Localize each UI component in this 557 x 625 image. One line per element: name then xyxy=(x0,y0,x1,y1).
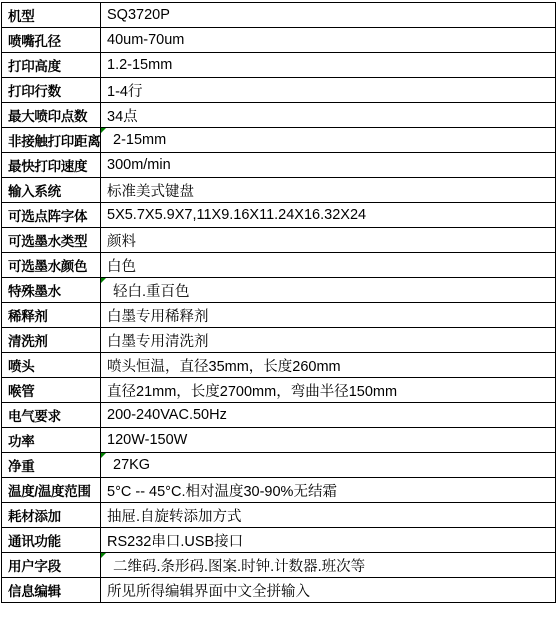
spec-value-cell: 1.2-15mm xyxy=(101,53,556,78)
green-corner-flag-icon xyxy=(101,278,106,283)
spec-value-cell: SQ3720P xyxy=(101,3,556,28)
spec-sheet: 机型 SQ3720P 喷嘴孔径 40um-70um 打印高度 1.2-15mm … xyxy=(0,0,557,625)
spec-label: 信息编辑 xyxy=(8,584,61,599)
spec-label: 清洗剂 xyxy=(8,334,48,349)
spec-label: 可选点阵字体 xyxy=(8,209,87,224)
table-row: 稀释剂 白墨专用稀释剂 xyxy=(2,303,556,328)
table-row: 功率 120W-150W xyxy=(2,428,556,453)
spec-label: 可选墨水颜色 xyxy=(8,259,87,274)
spec-value: RS232串口.USB接口 xyxy=(107,534,243,550)
table-row: 特殊墨水 轻白.重百色 xyxy=(2,278,556,303)
spec-value-cell: 300m/min xyxy=(101,153,556,178)
spec-value: 标准美式键盘 xyxy=(107,184,194,200)
table-row: 电气要求 200-240VAC.50Hz xyxy=(2,403,556,428)
table-row: 打印行数 1-4行 xyxy=(2,78,556,103)
spec-value-cell: 120W-150W xyxy=(101,428,556,453)
spec-label: 净重 xyxy=(8,459,34,474)
spec-label-cell: 输入系统 xyxy=(2,178,101,203)
spec-value: 120W-150W xyxy=(107,432,187,448)
spec-label: 非接触打印距离 xyxy=(8,134,100,149)
spec-value: SQ3720P xyxy=(107,7,170,23)
spec-value-cell: 二维码.条形码.图案.时钟.计数器.班次等 xyxy=(101,553,556,578)
table-row: 通讯功能 RS232串口.USB接口 xyxy=(2,528,556,553)
spec-label-cell: 耗材添加 xyxy=(2,503,101,528)
table-row: 可选墨水类型 颜料 xyxy=(2,228,556,253)
table-row: 打印高度 1.2-15mm xyxy=(2,53,556,78)
spec-value-cell: 5X5.7X5.9X7,11X9.16X11.24X16.32X24 xyxy=(101,203,556,228)
spec-value: 喷头恒温，直径35mm，长度260mm xyxy=(107,359,341,375)
table-row: 耗材添加 抽屉.自旋转添加方式 xyxy=(2,503,556,528)
spec-label-cell: 可选墨水类型 xyxy=(2,228,101,253)
spec-label-cell: 功率 xyxy=(2,428,101,453)
spec-value: 白墨专用清洗剂 xyxy=(107,334,209,350)
spec-label: 电气要求 xyxy=(8,409,61,424)
spec-value-cell: 34点 xyxy=(101,103,556,128)
table-row: 输入系统 标准美式键盘 xyxy=(2,178,556,203)
spec-label: 耗材添加 xyxy=(8,509,61,524)
spec-value: 直径21mm，长度2700mm，弯曲半径150mm xyxy=(107,384,397,400)
spec-value: 二维码.条形码.图案.时钟.计数器.班次等 xyxy=(113,559,365,575)
spec-value-cell: 白墨专用清洗剂 xyxy=(101,328,556,353)
spec-label: 喉管 xyxy=(8,384,34,399)
table-row: 机型 SQ3720P xyxy=(2,3,556,28)
green-corner-flag-icon xyxy=(101,453,106,458)
spec-label-cell: 喉管 xyxy=(2,378,101,403)
green-corner-flag-icon xyxy=(101,128,106,133)
table-row: 信息编辑 所见所得编辑界面中文全拼输入 xyxy=(2,578,556,603)
spec-value-cell: 白墨专用稀释剂 xyxy=(101,303,556,328)
spec-label-cell: 喷嘴孔径 xyxy=(2,28,101,53)
table-row: 喉管 直径21mm，长度2700mm，弯曲半径150mm xyxy=(2,378,556,403)
spec-value-cell: 直径21mm，长度2700mm，弯曲半径150mm xyxy=(101,378,556,403)
spec-value: 轻白.重百色 xyxy=(113,284,190,300)
spec-label-cell: 通讯功能 xyxy=(2,528,101,553)
spec-label-cell: 可选点阵字体 xyxy=(2,203,101,228)
table-row: 非接触打印距离 2-15mm xyxy=(2,128,556,153)
spec-value-cell: 抽屉.自旋转添加方式 xyxy=(101,503,556,528)
spec-value: 200-240VAC.50Hz xyxy=(107,407,227,423)
spec-label: 最大喷印点数 xyxy=(8,109,87,124)
spec-value: 1-4行 xyxy=(107,84,142,100)
table-row: 最大喷印点数 34点 xyxy=(2,103,556,128)
spec-value-cell: 轻白.重百色 xyxy=(101,278,556,303)
spec-label-cell: 非接触打印距离 xyxy=(2,128,101,153)
green-corner-flag-icon xyxy=(101,553,106,558)
table-row: 最快打印速度 300m/min xyxy=(2,153,556,178)
spec-value: 34点 xyxy=(107,109,138,125)
spec-label: 打印行数 xyxy=(8,84,61,99)
spec-label: 打印高度 xyxy=(8,59,61,74)
spec-label: 功率 xyxy=(8,434,34,449)
table-row: 温度/温度范围 5°C -- 45°C.相对温度30-90%无结霜 xyxy=(2,478,556,503)
spec-label-cell: 打印行数 xyxy=(2,78,101,103)
spec-value-cell: 喷头恒温，直径35mm，长度260mm xyxy=(101,353,556,378)
spec-value-cell: 27KG xyxy=(101,453,556,478)
spec-value: 40um-70um xyxy=(107,32,184,48)
spec-label-cell: 最大喷印点数 xyxy=(2,103,101,128)
spec-value-cell: 标准美式键盘 xyxy=(101,178,556,203)
spec-label-cell: 清洗剂 xyxy=(2,328,101,353)
table-row: 清洗剂 白墨专用清洗剂 xyxy=(2,328,556,353)
spec-value-cell: 2-15mm xyxy=(101,128,556,153)
spec-value: 抽屉.自旋转添加方式 xyxy=(107,509,242,525)
spec-label: 机型 xyxy=(8,9,34,24)
table-row: 可选墨水颜色 白色 xyxy=(2,253,556,278)
spec-value: 所见所得编辑界面中文全拼输入 xyxy=(107,584,310,600)
spec-label: 用户字段 xyxy=(8,559,61,574)
table-row: 净重 27KG xyxy=(2,453,556,478)
spec-value: 颜料 xyxy=(107,234,136,250)
spec-label: 通讯功能 xyxy=(8,534,61,549)
table-row: 可选点阵字体 5X5.7X5.9X7,11X9.16X11.24X16.32X2… xyxy=(2,203,556,228)
spec-label-cell: 温度/温度范围 xyxy=(2,478,101,503)
spec-value-cell: 1-4行 xyxy=(101,78,556,103)
spec-label: 最快打印速度 xyxy=(8,159,87,174)
spec-value: 27KG xyxy=(113,457,150,473)
spec-label: 喷嘴孔径 xyxy=(8,34,61,49)
spec-value: 300m/min xyxy=(107,157,171,173)
spec-value-cell: RS232串口.USB接口 xyxy=(101,528,556,553)
spec-label-cell: 特殊墨水 xyxy=(2,278,101,303)
spec-value: 5°C -- 45°C.相对温度30-90%无结霜 xyxy=(107,484,337,500)
spec-value-cell: 颜料 xyxy=(101,228,556,253)
spec-value-cell: 5°C -- 45°C.相对温度30-90%无结霜 xyxy=(101,478,556,503)
spec-label-cell: 最快打印速度 xyxy=(2,153,101,178)
spec-value-cell: 白色 xyxy=(101,253,556,278)
table-row: 喷头 喷头恒温，直径35mm，长度260mm xyxy=(2,353,556,378)
spec-label: 稀释剂 xyxy=(8,309,48,324)
spec-value: 白色 xyxy=(107,259,136,275)
table-row: 喷嘴孔径 40um-70um xyxy=(2,28,556,53)
spec-label: 喷头 xyxy=(8,359,34,374)
spec-value: 2-15mm xyxy=(113,132,166,148)
spec-value: 1.2-15mm xyxy=(107,57,172,73)
spec-label-cell: 信息编辑 xyxy=(2,578,101,603)
spec-label: 可选墨水类型 xyxy=(8,234,87,249)
spec-value: 白墨专用稀释剂 xyxy=(107,309,209,325)
spec-label-cell: 净重 xyxy=(2,453,101,478)
table-row: 用户字段 二维码.条形码.图案.时钟.计数器.班次等 xyxy=(2,553,556,578)
spec-table: 机型 SQ3720P 喷嘴孔径 40um-70um 打印高度 1.2-15mm … xyxy=(1,2,556,603)
spec-table-body: 机型 SQ3720P 喷嘴孔径 40um-70um 打印高度 1.2-15mm … xyxy=(2,3,556,603)
spec-label-cell: 用户字段 xyxy=(2,553,101,578)
spec-label-cell: 喷头 xyxy=(2,353,101,378)
spec-label: 温度/温度范围 xyxy=(8,484,91,499)
spec-value-cell: 所见所得编辑界面中文全拼输入 xyxy=(101,578,556,603)
spec-label-cell: 打印高度 xyxy=(2,53,101,78)
spec-value: 5X5.7X5.9X7,11X9.16X11.24X16.32X24 xyxy=(107,207,366,223)
spec-label-cell: 稀释剂 xyxy=(2,303,101,328)
spec-label: 特殊墨水 xyxy=(8,284,61,299)
spec-value-cell: 40um-70um xyxy=(101,28,556,53)
spec-label-cell: 电气要求 xyxy=(2,403,101,428)
spec-label-cell: 机型 xyxy=(2,3,101,28)
spec-value-cell: 200-240VAC.50Hz xyxy=(101,403,556,428)
spec-label-cell: 可选墨水颜色 xyxy=(2,253,101,278)
spec-label: 输入系统 xyxy=(8,184,61,199)
